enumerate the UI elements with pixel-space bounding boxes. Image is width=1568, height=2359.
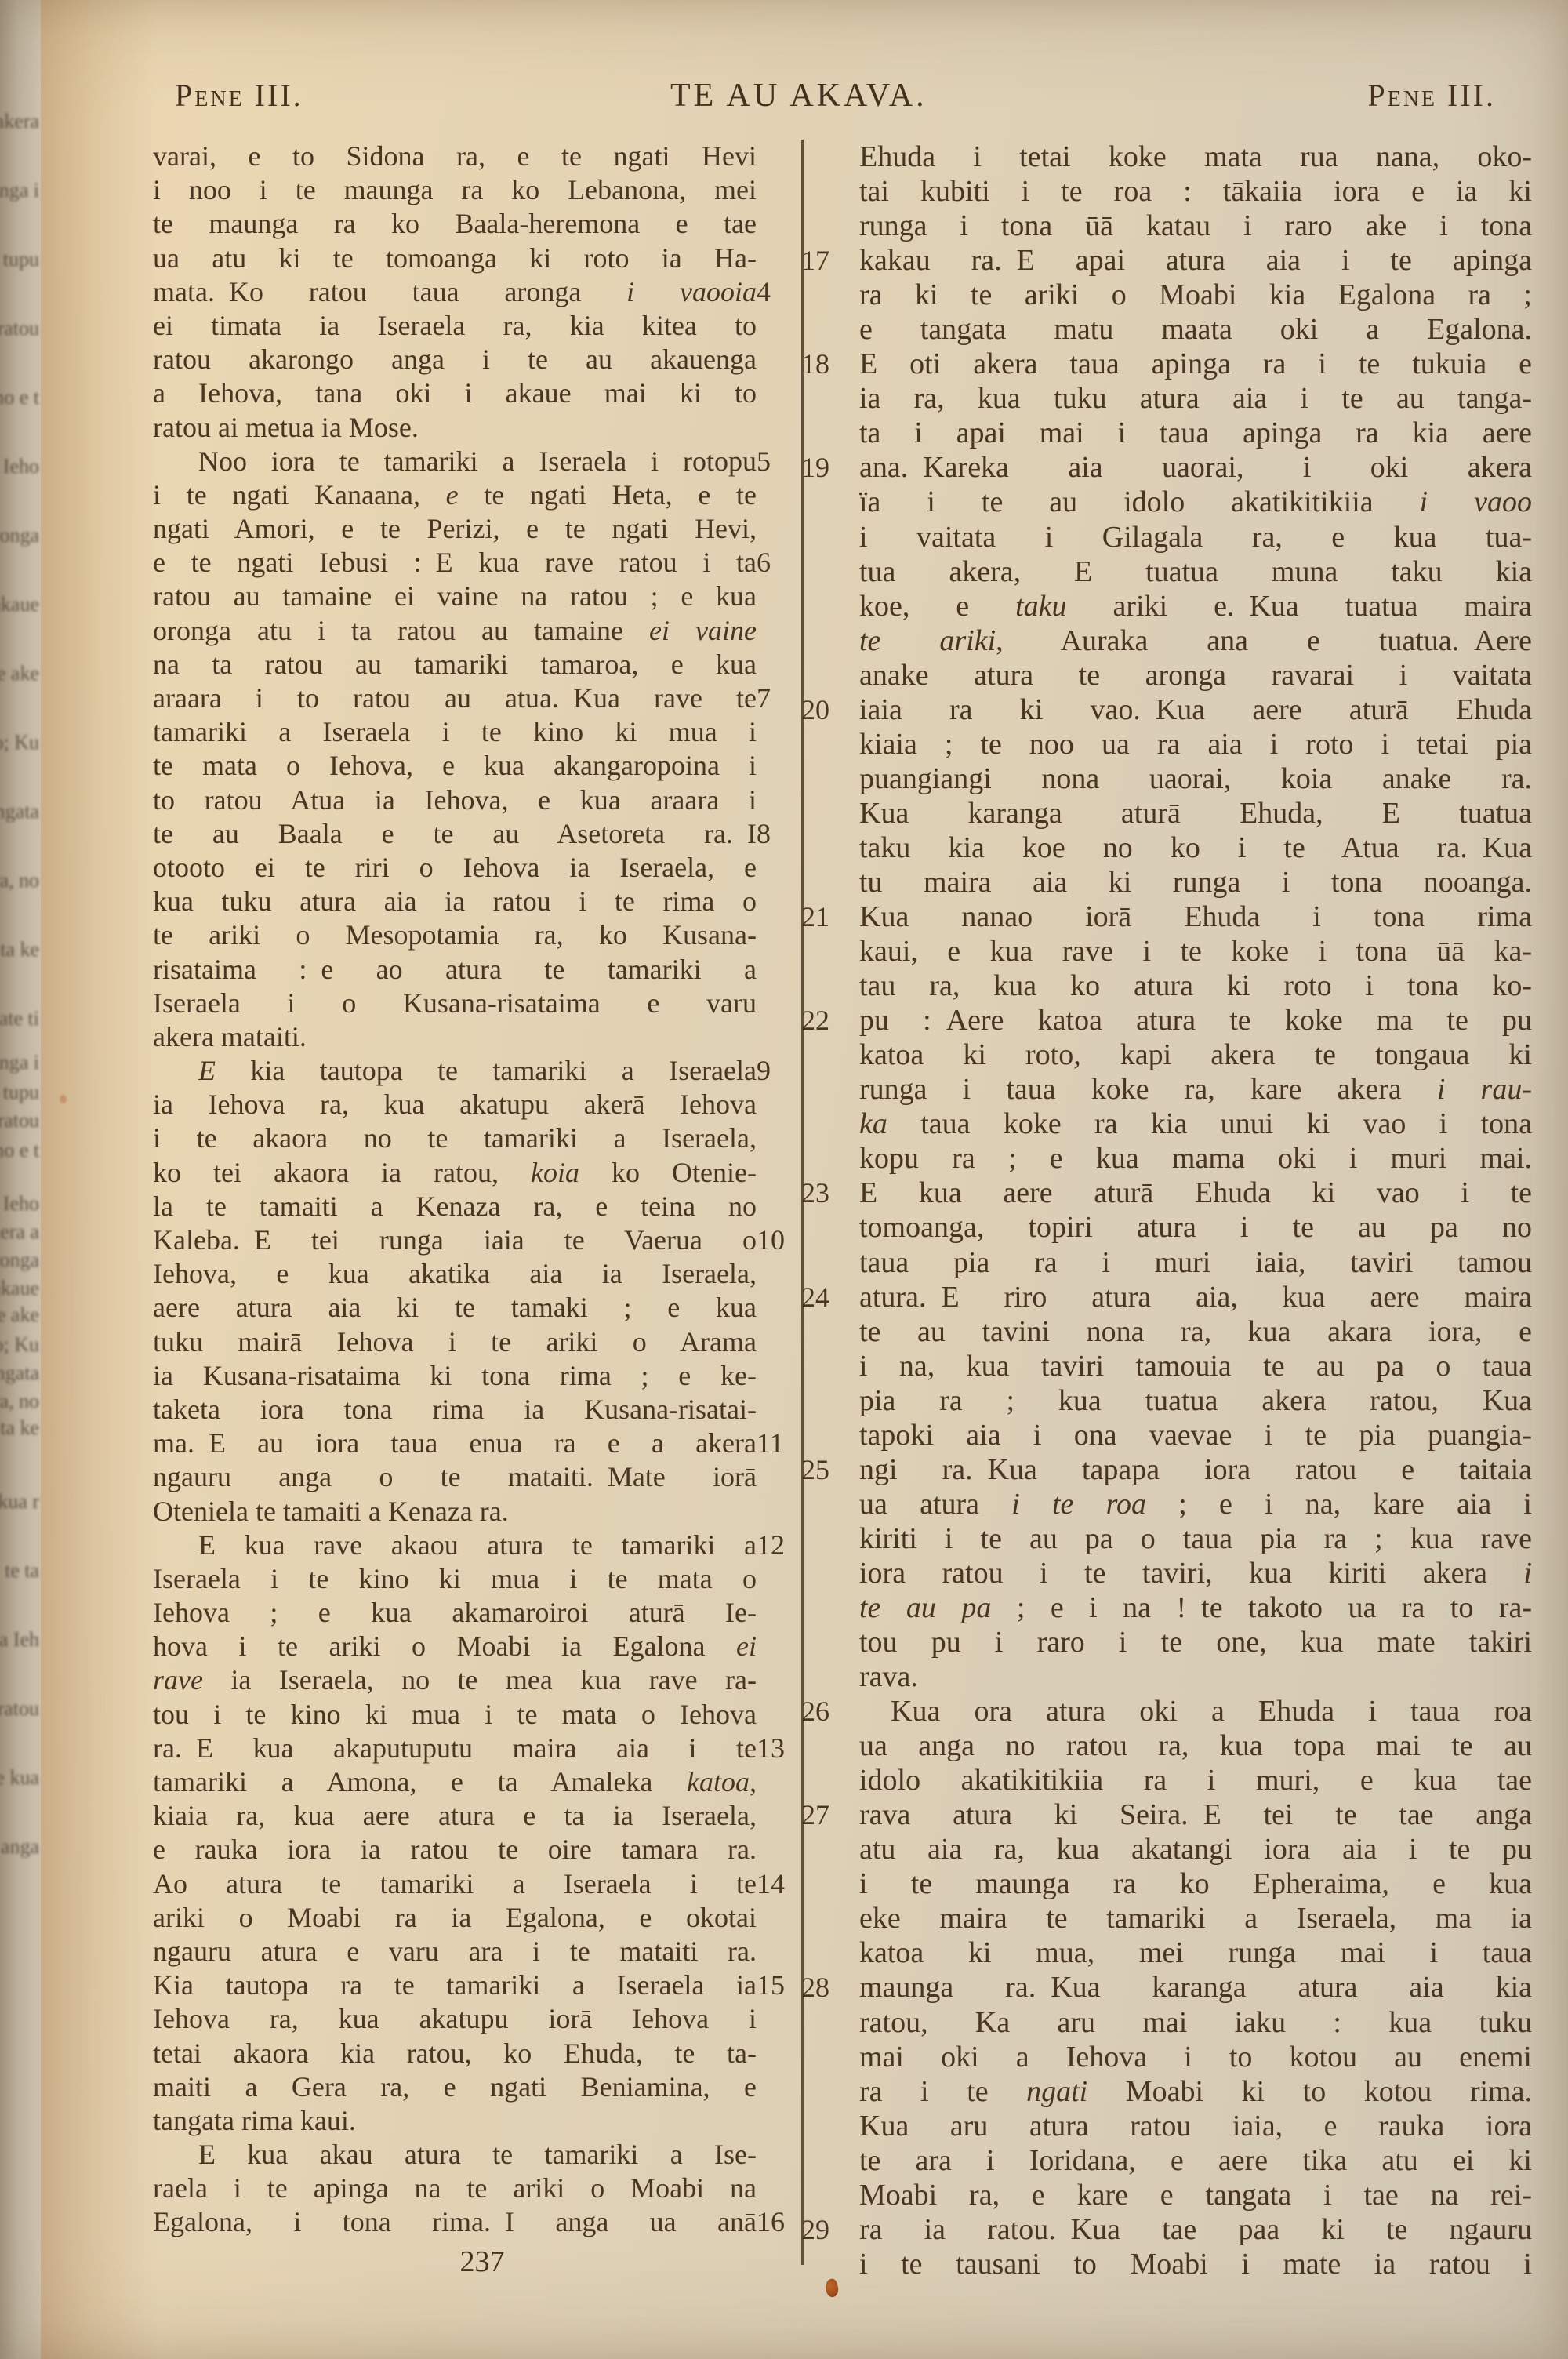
text-line: kiaia ra, kua aere atura e ta ia Iserael… bbox=[153, 1799, 757, 1833]
facing-page-text-fragment: akera a bbox=[0, 1220, 39, 1244]
column-left: varai, e to Sidona ra, e te ngati Hevii … bbox=[153, 140, 757, 2240]
text-line: ra i te ngati Moabi ki to kotou rima. bbox=[859, 2074, 1532, 2109]
text-line: ra ia ratou. Kua tae paa ki te ngauru29 bbox=[859, 2212, 1532, 2247]
text-line: taku kia koe no ko i te Atua ra. Kua bbox=[859, 831, 1532, 865]
verse-number: 6 bbox=[757, 546, 793, 580]
facing-page-text-fragment: te tupu bbox=[0, 1081, 39, 1104]
text-line: ia Iehova ra, kua akatupu akerā Iehova bbox=[153, 1088, 757, 1121]
text-line: pu : Aere katoa atura te koke ma te pu22 bbox=[859, 1003, 1532, 1038]
text-line: te maunga ra ko Baala-heremona e tae bbox=[153, 207, 757, 241]
facing-page-text-fragment: o Ieho bbox=[0, 1192, 39, 1216]
text-line: i te ngati Kanaana, e te ngati Heta, e t… bbox=[153, 478, 757, 512]
text-line: eke maira te tamariki a Iseraela, ma ia bbox=[859, 1901, 1532, 1936]
text-line: taketa iora tona rima ia Kusana-risatai- bbox=[153, 1393, 757, 1427]
text-line: ia ra, kua tuku atura aia i te au tanga- bbox=[859, 381, 1532, 416]
text-line: taua pia ra i muri iaia, taviri tamou bbox=[859, 1245, 1532, 1280]
text-line: atu aia ra, kua akatangi iora aia i te p… bbox=[859, 1832, 1532, 1866]
facing-page-text-fragment: akaue bbox=[0, 1277, 39, 1300]
text-line: hova i te ariki o Moabi ia Egalona ei bbox=[153, 1630, 757, 1663]
verse-number: 29 bbox=[801, 2212, 850, 2247]
text-line: ariki o Moabi ra ia Egalona, e okotai bbox=[153, 1901, 757, 1935]
text-line: mata. Ko ratou taua aronga i vaooia4 bbox=[153, 275, 757, 309]
text-line: e te ngati Iebusi : E kua rave ratou i t… bbox=[153, 546, 757, 580]
text-line: Kua aru atura ratou iaia, e rauka iora bbox=[859, 2109, 1532, 2143]
text-line: aere atura aia ki te tamaki ; e kua bbox=[153, 1291, 757, 1325]
text-line: ngi ra. Kua tapapa iora ratou e taitaia2… bbox=[859, 1452, 1532, 1487]
text-line: e rauka iora ia ratou te oire tamara ra. bbox=[153, 1833, 757, 1866]
text-line: ia Kusana-risataima ki tona rima ; e ke- bbox=[153, 1359, 757, 1393]
facing-page-text-fragment: o Ieho bbox=[0, 455, 39, 478]
verse-number: 14 bbox=[757, 1867, 793, 1901]
text-line: iaia ra ki vao. Kua aere aturā Ehuda20 bbox=[859, 692, 1532, 727]
facing-page-text-fragment: ino e t bbox=[0, 1139, 39, 1162]
text-line: idolo akatikitikiia ra i muri, e kua tae bbox=[859, 1763, 1532, 1797]
verse-number: 21 bbox=[801, 900, 850, 934]
text-line: E kua rave akaou atura te tamariki a12 bbox=[153, 1528, 757, 1562]
text-line: ua atu ki te tomoanga ki roto ia Ha- bbox=[153, 242, 757, 275]
text-line: tau ra, kua ko atura ki roto i tona ko- bbox=[859, 969, 1532, 1003]
text-line: Kua ora atura oki a Ehuda i taua roa26 bbox=[859, 1694, 1532, 1728]
verse-number: 20 bbox=[801, 692, 850, 727]
text-line: Iseraela i te kino ki mua i te mata o bbox=[153, 1562, 757, 1596]
text-line: katoa ki mua, mei runga mai i taua bbox=[859, 1936, 1532, 1970]
facing-page-text-fragment: e kua bbox=[0, 1766, 39, 1790]
text-line: te ariki, Auraka ana e tuatua. Aere bbox=[859, 623, 1532, 658]
text-line: ra ki te ariki o Moabi kia Egalona ra ; bbox=[859, 278, 1532, 312]
verse-number: 5 bbox=[757, 445, 793, 478]
facing-page-text-fragment: re ratou bbox=[0, 1109, 39, 1132]
verse-number: 12 bbox=[757, 1528, 793, 1562]
facing-page-text-fragment: akera bbox=[0, 110, 39, 133]
verse-number: 10 bbox=[757, 1223, 793, 1257]
verse-number: 13 bbox=[757, 1732, 793, 1765]
text-line: raela i te apinga na te ariki o Moabi na bbox=[153, 2172, 757, 2205]
text-line: i te maunga ra ko Epheraima, e kua bbox=[859, 1866, 1532, 1901]
verse-number: 28 bbox=[801, 1970, 850, 2005]
facing-page-text-fragment: anga i bbox=[0, 1051, 39, 1074]
text-line: tamariki a Iseraela i te kino ki mua i bbox=[153, 715, 757, 749]
text-line: ratou au tamaine ei vaine na ratou ; e k… bbox=[153, 580, 757, 613]
text-line: tai kubiti i te roa : tākaiia iora e ia … bbox=[859, 174, 1532, 209]
text-line: runga i tona ūā katau i raro ake i tona bbox=[859, 209, 1532, 243]
text-line: atura. E riro atura aia, kua aere maira2… bbox=[859, 1280, 1532, 1314]
column-right: Ehuda i tetai koke mata rua nana, oko-ta… bbox=[859, 140, 1532, 2281]
verse-number: 27 bbox=[801, 1797, 850, 1832]
ink-stain-small bbox=[60, 1095, 67, 1103]
page-number: 237 bbox=[180, 2245, 784, 2279]
text-line: runga i taua koke ra, kare akera i rau- bbox=[859, 1072, 1532, 1107]
text-line: te au tavini nona ra, kua akara iora, e bbox=[859, 1314, 1532, 1349]
text-line: pia ra ; kua tuatua akera ratou, Kua bbox=[859, 1383, 1532, 1418]
text-line: te ara i Ioridana, e aere tika atu ei ki bbox=[859, 2143, 1532, 2178]
facing-page-edge: akeraanga ite tupure ratouino e to Iehoa… bbox=[0, 0, 41, 2359]
text-line: Noo iora te tamariki a Iseraela i rotopu… bbox=[153, 445, 757, 478]
text-line: a Iehova, tana oki i akaue mai ki to bbox=[153, 376, 757, 410]
text-line: varai, e to Sidona ra, e te ngati Hevi bbox=[153, 140, 757, 173]
text-line: ei timata ia Iseraela ra, kia kitea to bbox=[153, 309, 757, 343]
running-head-left: Pene III. bbox=[175, 77, 303, 114]
text-line: kiriti i te au pa o taua pia ra ; kua ra… bbox=[859, 1521, 1532, 1556]
text-line: kopu ra ; e kua mama oki i muri mai. bbox=[859, 1141, 1532, 1176]
text-line: otooto ei te riri o Iehova ia Iseraela, … bbox=[153, 851, 757, 885]
text-line: i te tausani to Moabi i mate ia ratou i bbox=[859, 2247, 1532, 2281]
text-line: te au pa ; e i na ! te takoto ua ra to r… bbox=[859, 1590, 1532, 1625]
facing-page-text-fragment: kua r bbox=[0, 1490, 39, 1514]
verse-number: 11 bbox=[757, 1427, 793, 1460]
text-line: risataima : e ao atura te tamariki a bbox=[153, 953, 757, 987]
verse-number: 7 bbox=[757, 682, 793, 715]
text-line: tou pu i raro i te one, kua mate takiri bbox=[859, 1625, 1532, 1659]
text-line: E kia tautopa te tamariki a Iseraela9 bbox=[153, 1054, 757, 1088]
text-line: ratou, Ka aru mai iaku : kua tuku bbox=[859, 2005, 1532, 2040]
facing-page-text-fragment: anga bbox=[1, 1835, 39, 1859]
facing-page-text-fragment: a Ieh bbox=[0, 1628, 39, 1652]
verse-number: 4 bbox=[757, 275, 793, 309]
facing-page-text-fragment: ratou bbox=[0, 1697, 39, 1721]
text-line: ïa i te au idolo akatikitikiia i vaoo bbox=[859, 485, 1532, 519]
facing-page-text-fragment: re ratou bbox=[0, 317, 39, 340]
facing-page-text-fragment: ate ti bbox=[0, 1007, 39, 1030]
text-line: ngauru atura e varu ara i te mataiti ra. bbox=[153, 1935, 757, 1968]
text-line: ma. E au iora taua enua ra e a akera11 bbox=[153, 1427, 757, 1460]
text-line: tetai akaora kia ratou, ko Ehuda, te ta- bbox=[153, 2037, 757, 2070]
facing-page-text-fragment: a ra, no bbox=[0, 869, 39, 892]
text-line: to ratou Atua ia Iehova, e kua araara i bbox=[153, 783, 757, 817]
text-line: puangiangi nona uaorai, koia anake ra. bbox=[859, 761, 1532, 796]
text-line: E oti akera taua apinga ra i te tukuia e… bbox=[859, 347, 1532, 381]
page-header: Pene III. TE AU AKAVA. Pene III. bbox=[153, 77, 1534, 125]
facing-page-text-fragment: on ta ke bbox=[0, 938, 39, 961]
text-line: iora ratou i te taviri, kua kiriti akera… bbox=[859, 1556, 1532, 1590]
facing-page-text-fragment: tangata bbox=[0, 800, 39, 823]
facing-page-text-fragment: a ra, no bbox=[0, 1390, 39, 1413]
text-line: i te akaora no te tamariki a Iseraela, bbox=[153, 1121, 757, 1155]
text-line: E kua aere aturā Ehuda ki vao i te23 bbox=[859, 1176, 1532, 1210]
facing-page-text-fragment: aronga bbox=[0, 1249, 39, 1272]
text-line: tapoki aia i ona vaevae i te pia puangia… bbox=[859, 1418, 1532, 1452]
text-line: rave ia Iseraela, no te mea kua rave ra- bbox=[153, 1663, 757, 1697]
text-line: ana. Kareka aia uaorai, i oki akera19 bbox=[859, 450, 1532, 485]
facing-page-text-fragment: tangata bbox=[0, 1361, 39, 1385]
running-head-right: Pene III. bbox=[1367, 77, 1496, 114]
facing-page-text-fragment: aronga bbox=[0, 524, 39, 547]
verse-number: 16 bbox=[757, 2205, 793, 2239]
text-line: te au Baala e te au Asetoreta ra. I8 bbox=[153, 817, 757, 851]
text-line: te mata o Iehova, e kua akangaropoina i bbox=[153, 749, 757, 783]
facing-page-text-fragment: ino e t bbox=[0, 386, 39, 409]
text-line: maiti a Gera ra, e ngati Beniamina, e bbox=[153, 2070, 757, 2104]
text-line: ka taua koke ra kia unui ki vao i tona bbox=[859, 1107, 1532, 1141]
verse-number: 23 bbox=[801, 1176, 850, 1210]
verse-number: 24 bbox=[801, 1280, 850, 1314]
gutter-shadow bbox=[41, 0, 158, 2359]
text-line: ra. E kua akaputuputu maira aia i te13 bbox=[153, 1732, 757, 1765]
facing-page-text-fragment: are ake bbox=[0, 662, 39, 685]
text-line: kaui, e kua rave i te koke i tona ūā ka- bbox=[859, 934, 1532, 969]
text-line: ratou ai metua ia Mose. bbox=[153, 411, 757, 445]
text-line: tou i te kino ki mua i te mata o Iehova bbox=[153, 1698, 757, 1732]
facing-page-text-fragment: on ta ke bbox=[0, 1416, 39, 1440]
text-line: Iehova ; e kua akamaroiroi aturā Ie- bbox=[153, 1596, 757, 1630]
text-line: ua atura i te roa ; e i na, kare aia i bbox=[859, 1487, 1532, 1521]
text-line: tua akera, E tuatua muna taku kia bbox=[859, 554, 1532, 589]
text-line: la te tamaiti a Kenaza ra, e teina no bbox=[153, 1190, 757, 1223]
verse-number: 18 bbox=[801, 347, 850, 381]
text-line: ngauru anga o te mataiti. Mate iorā bbox=[153, 1460, 757, 1494]
text-line: E kua akau atura te tamariki a Ise- bbox=[153, 2138, 757, 2172]
verse-number: 26 bbox=[801, 1694, 850, 1728]
verse-number: 19 bbox=[801, 450, 850, 485]
facing-page-text-fragment: are ake bbox=[0, 1303, 39, 1327]
text-line: ngati Amori, e te Perizi, e te ngati Hev… bbox=[153, 512, 757, 546]
text-line: ta i apai mai i taua apinga ra kia aere bbox=[859, 416, 1532, 450]
text-line: Ehuda i tetai koke mata rua nana, oko- bbox=[859, 140, 1532, 174]
text-line: rava. bbox=[859, 1659, 1532, 1694]
text-line: Kia tautopa ra te tamariki a Iseraela ia… bbox=[153, 1968, 757, 2002]
text-line: i vaitata i Gilagala ra, e kua tua- bbox=[859, 520, 1532, 554]
text-line: kakau ra. E apai atura aia i te apinga17 bbox=[859, 243, 1532, 278]
verse-number: 9 bbox=[757, 1054, 793, 1088]
text-line: i na, kua taviri tamouia te au pa o taua bbox=[859, 1349, 1532, 1383]
text-line: Oteniela te tamaiti a Kenaza ra. bbox=[153, 1495, 757, 1528]
facing-page-text-fragment: te ta bbox=[5, 1559, 39, 1583]
facing-page-text-fragment: anga i bbox=[0, 179, 39, 202]
text-line: Iseraela i o Kusana-risataima e varu bbox=[153, 987, 757, 1020]
text-line: koe, e taku ariki e. Kua tuatua maira bbox=[859, 589, 1532, 623]
verse-number: 17 bbox=[801, 243, 850, 278]
text-line: tuku mairā Iehova i te ariki o Arama bbox=[153, 1325, 757, 1359]
text-line: na ta ratou au tamariki tamaroa, e kua bbox=[153, 648, 757, 682]
text-line: Ao atura te tamariki a Iseraela i te14 bbox=[153, 1867, 757, 1901]
text-line: e tangata matu maata oki a Egalona. bbox=[859, 312, 1532, 347]
text-line: mai oki a Iehova i to kotou au enemi bbox=[859, 2040, 1532, 2074]
book-page: akeraanga ite tupure ratouino e to Iehoa… bbox=[0, 0, 1568, 2359]
text-line: araara i to ratou au atua. Kua rave te7 bbox=[153, 682, 757, 715]
text-line: ua anga no ratou ra, kua topa mai te au bbox=[859, 1728, 1532, 1763]
text-line: tu maira aia ki runga i tona nooanga. bbox=[859, 865, 1532, 900]
text-line: Iehova, e kua akatika aia ia Iseraela, bbox=[153, 1257, 757, 1291]
text-line: Iehova ra, kua akatupu iorā Iehova i bbox=[153, 2002, 757, 2036]
text-line: anake atura te aronga ravarai i vaitata bbox=[859, 658, 1532, 692]
facing-page-text-fragment: eo; Ku bbox=[0, 731, 39, 754]
text-line: ratou akarongo anga i te au akauenga bbox=[153, 343, 757, 376]
ink-stain bbox=[823, 2277, 840, 2298]
page-title: TE AU AKAVA. bbox=[670, 77, 927, 114]
text-line: oronga atu i ta ratou au tamaine ei vain… bbox=[153, 614, 757, 648]
text-line: Kua nanao iorā Ehuda i tona rima21 bbox=[859, 900, 1532, 934]
text-line: akera mataiti. bbox=[153, 1020, 757, 1054]
text-line: Kua karanga aturā Ehuda, E tuatua bbox=[859, 796, 1532, 831]
verse-number: 22 bbox=[801, 1003, 850, 1038]
text-line: tangata rima kaui. bbox=[153, 2104, 757, 2138]
text-line: katoa ki roto, kapi akera te tongaua ki bbox=[859, 1038, 1532, 1072]
text-line: rava atura ki Seira. E tei te tae anga27 bbox=[859, 1797, 1532, 1832]
facing-page-text-fragment: eo; Ku bbox=[0, 1333, 39, 1357]
text-line: ko tei akaora ia ratou, koia ko Otenie- bbox=[153, 1156, 757, 1190]
text-line: tamariki a Amona, e ta Amaleka katoa, bbox=[153, 1765, 757, 1799]
verse-number: 25 bbox=[801, 1452, 850, 1487]
facing-page-text-fragment: te tupu bbox=[0, 248, 39, 271]
text-line: tomoanga, topiri atura i te au pa no bbox=[859, 1210, 1532, 1245]
text-line: te ariki o Mesopotamia ra, ko Kusana- bbox=[153, 918, 757, 952]
text-line: kiaia ; te noo ua ra aia i roto i tetai … bbox=[859, 727, 1532, 761]
text-line: kua tuku atura aia ia ratou i te rima o bbox=[153, 885, 757, 918]
facing-page-text-fragment: akaue bbox=[0, 593, 39, 616]
text-line: Kaleba. E tei runga iaia te Vaerua o10 bbox=[153, 1223, 757, 1257]
text-line: Egalona, i tona rima. I anga ua anā16 bbox=[153, 2205, 757, 2239]
text-line: Moabi ra, e kare e tangata i tae na rei- bbox=[859, 2178, 1532, 2212]
text-line: maunga ra. Kua karanga atura aia kia28 bbox=[859, 1970, 1532, 2005]
verse-number: 8 bbox=[757, 817, 793, 851]
text-line: i noo i te maunga ra ko Lebanona, mei bbox=[153, 173, 757, 207]
verse-number: 15 bbox=[757, 1968, 793, 2002]
